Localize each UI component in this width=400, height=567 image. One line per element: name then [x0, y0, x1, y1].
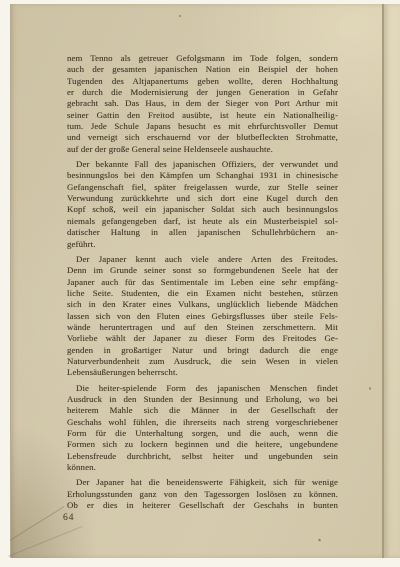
paragraph: Der Japaner kennt auch viele andere Arte… — [67, 254, 338, 379]
next-page-edge — [382, 4, 400, 558]
text-line: Naturverbundenheit zum Ausdruck, die sei… — [67, 356, 338, 367]
text-line: liche Seite. Studenten, die ein Examen n… — [67, 288, 338, 299]
text-line: Lebensfreude durchbricht, selbst heiter … — [67, 451, 338, 462]
text-line: tum. Jede Schule Japans besucht es mit e… — [67, 121, 338, 132]
text-line: nem Tenno als getreuer Gefolgsmann im To… — [67, 53, 338, 64]
text-line: Erholungsstunden ganz von den Tagessorge… — [67, 489, 338, 500]
text-line: Japaner auch für das Sentimentale im Leb… — [67, 277, 338, 288]
text-line: Geschahs wohl fühlen, die ihrerseits nac… — [67, 417, 338, 428]
text-block: nem Tenno als getreuer Gefolgsmann im To… — [67, 53, 338, 511]
text-line: genden in großartiger Natur und bringt d… — [67, 345, 338, 356]
ink-speck — [179, 15, 181, 17]
book-page: nem Tenno als getreuer Gefolgsmann im To… — [10, 4, 400, 558]
paragraph: Der Japaner hat die beneidenswerte Fähig… — [67, 477, 338, 511]
text-line: Der Japaner hat die beneidenswerte Fähig… — [67, 477, 338, 488]
text-line: auch der gesamten japanischen Nation ein… — [67, 64, 338, 75]
ink-speck — [369, 387, 371, 390]
text-line: geführt. — [67, 239, 338, 250]
text-line: er durch die Modernisierung der jungen G… — [67, 87, 338, 98]
page-number: 64 — [63, 513, 75, 523]
text-line: wände heruntertragen und auf den Steinen… — [67, 322, 338, 333]
crease-line — [8, 526, 83, 557]
crease-line — [10, 506, 65, 541]
text-line: Tugenden des Altjapanertums geben wollte… — [67, 76, 338, 87]
paragraph: Der bekannte Fall des japanischen Offizi… — [67, 159, 338, 250]
text-line: Gefangenschaft fiel, später freigelassen… — [67, 182, 338, 193]
text-line: Kopf schoß, weil ein japanischer Soldat … — [67, 204, 338, 215]
text-line: heiterem Mahle sich die Männer in der Ge… — [67, 405, 338, 416]
text-line: seiner Gattin den Freitod ausübte, ist h… — [67, 110, 338, 121]
text-line: Ausdruck in den Stunden der Besinnung un… — [67, 394, 338, 405]
text-line: Form für die Unterhaltung sorgen, und di… — [67, 428, 338, 439]
text-line: Ob er dies in heiterer Gesellschaft der … — [67, 500, 338, 511]
text-line: Denn im Grunde seiner sonst so formgebun… — [67, 265, 338, 276]
paragraph: Die heiter-spielende Form des japanische… — [67, 383, 338, 474]
text-line: Die heiter-spielende Form des japanische… — [67, 383, 338, 394]
text-line: Lebensäußerungen beherrscht. — [67, 367, 338, 378]
text-line: können. — [67, 462, 338, 473]
text-line: Verwundung zurückkehrte und sich dort ei… — [67, 193, 338, 204]
text-line: auf der der große General seine Heldense… — [67, 144, 338, 155]
text-line: besinnungslos bei den Kämpfen um Schangh… — [67, 170, 338, 181]
scan-background: nem Tenno als getreuer Gefolgsmann im To… — [0, 0, 400, 567]
paragraph: nem Tenno als getreuer Gefolgsmann im To… — [67, 53, 338, 155]
text-line: sich in den Krater eines Vulkans, unglüc… — [67, 299, 338, 310]
text-line: und verneigt sich erschauernd vor der bl… — [67, 132, 338, 143]
text-line: Vorliebe wählt der Japaner zu dieser For… — [67, 333, 338, 344]
text-line: gebracht sah. Das Haus, in dem der Siege… — [67, 98, 338, 109]
ink-speck — [318, 538, 322, 541]
text-line: Der bekannte Fall des japanischen Offizi… — [67, 159, 338, 170]
text-line: lassen sich von den Fluten eines Gebirgs… — [67, 311, 338, 322]
text-line: niemals gefangengeben darf, ist heute al… — [67, 216, 338, 227]
text-line: datischer Haltung in allen japanischen S… — [67, 227, 338, 238]
text-line: Formen sich zu lockern beginnen und die … — [67, 439, 338, 450]
text-line: Der Japaner kennt auch viele andere Arte… — [67, 254, 338, 265]
